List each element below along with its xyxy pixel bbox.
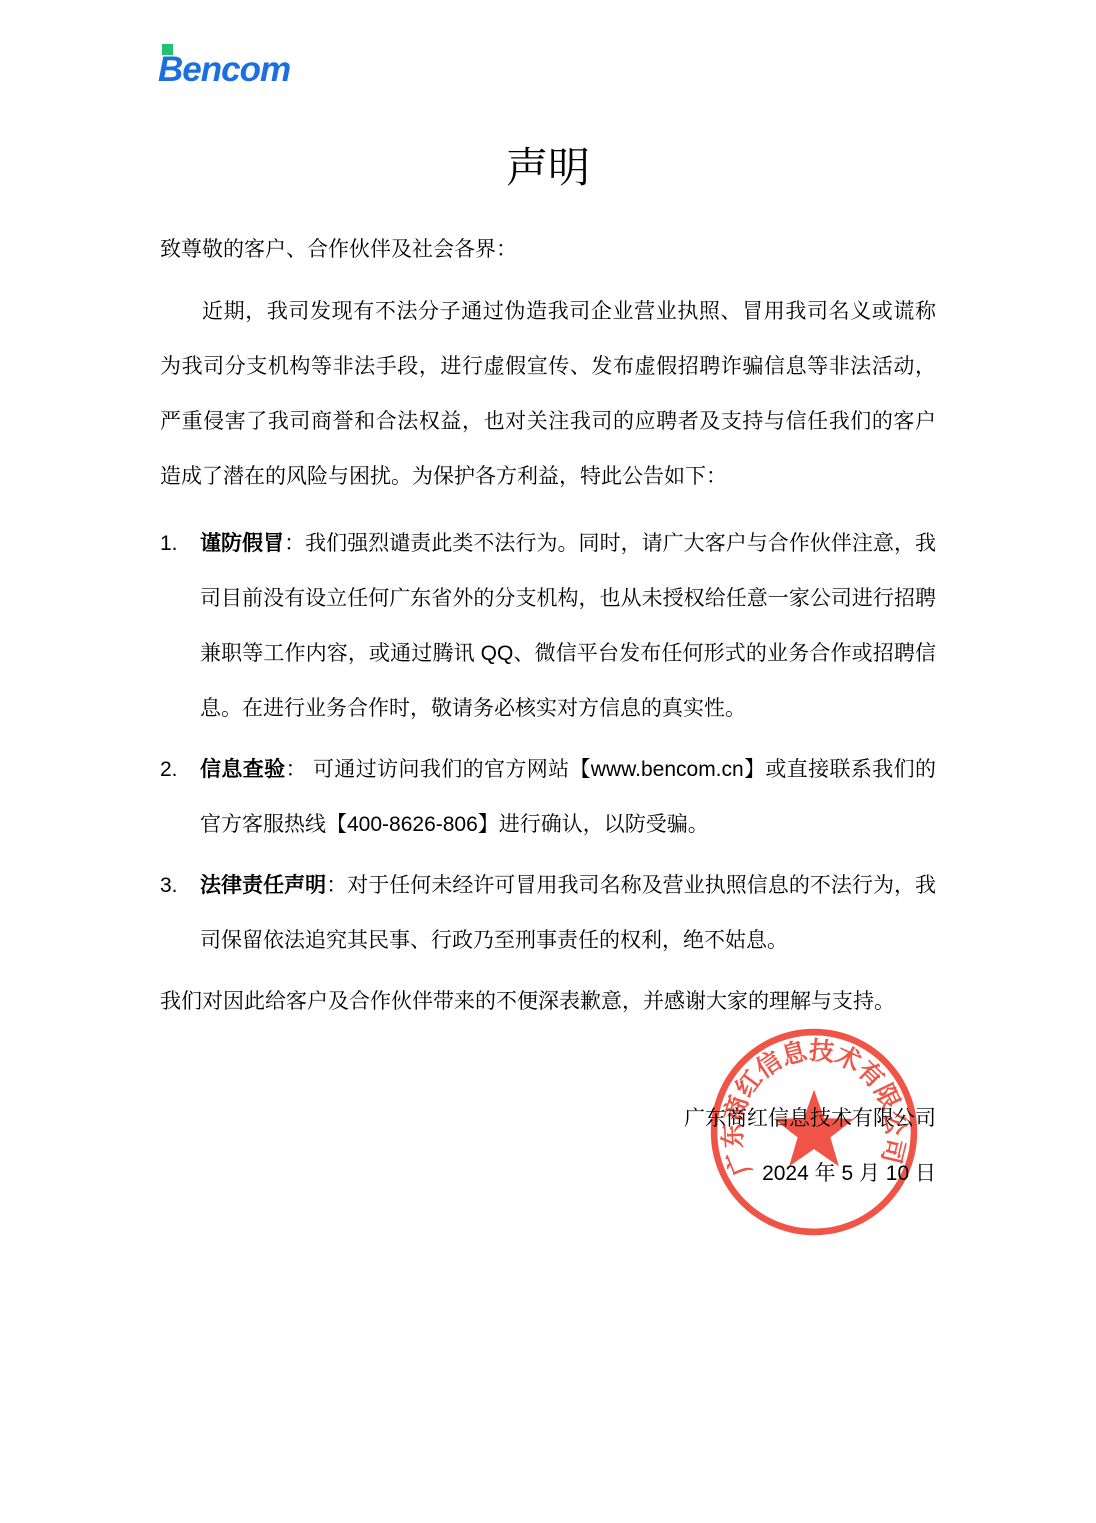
list-item: 2. 信息查验： 可通过访问我们的官方网站【www.bencom.cn】或直接联…: [160, 742, 936, 852]
list-item-body: 法律责任声明：对于任何未经许可冒用我司名称及营业执照信息的不法行为，我司保留依法…: [200, 858, 936, 968]
list-item-separator: ：: [284, 532, 305, 555]
closing-paragraph: 我们对因此给客户及合作伙伴带来的不便深表歉意，并感谢大家的理解与支持。: [160, 974, 936, 1029]
list-item-label: 法律责任声明: [200, 874, 326, 897]
list-item-body: 谨防假冒：我们强烈谴责此类不法行为。同时，请广大客户与合作伙伴注意，我司目前没有…: [200, 516, 936, 736]
intro-paragraph: 近期，我司发现有不法分子通过伪造我司企业营业执照、冒用我司名义或谎称为我司分支机…: [160, 284, 936, 504]
document-content: 声明 致尊敬的客户、合作伙伴及社会各界： 近期，我司发现有不法分子通过伪造我司企…: [160, 140, 936, 1201]
notice-list: 1. 谨防假冒：我们强烈谴责此类不法行为。同时，请广大客户与合作伙伴注意，我司目…: [160, 516, 936, 968]
signature-company: 广东商红信息技术有限公司: [160, 1091, 936, 1146]
greeting-line: 致尊敬的客户、合作伙伴及社会各界：: [160, 230, 936, 270]
signature-block: 广东商红信息技术有限公司 2024 年 5 月 10 日: [160, 1091, 936, 1201]
bencom-logo: Bencom: [158, 44, 290, 87]
document-page: Bencom 声明 致尊敬的客户、合作伙伴及社会各界： 近期，我司发现有不法分子…: [0, 0, 1096, 1523]
list-item: 3. 法律责任声明：对于任何未经许可冒用我司名称及营业执照信息的不法行为，我司保…: [160, 858, 936, 968]
logo-wordmark: Bencom: [158, 52, 290, 87]
list-item-separator: ：: [326, 874, 347, 897]
list-item-text: 我们强烈谴责此类不法行为。同时，请广大客户与合作伙伴注意，我司目前没有设立任何广…: [200, 532, 936, 720]
signature-date: 2024 年 5 月 10 日: [160, 1146, 936, 1201]
list-item-separator: ：: [285, 758, 313, 781]
list-item-number: 1.: [160, 516, 200, 736]
page-title: 声明: [160, 140, 936, 196]
list-item-label: 谨防假冒: [200, 532, 284, 555]
list-item: 1. 谨防假冒：我们强烈谴责此类不法行为。同时，请广大客户与合作伙伴注意，我司目…: [160, 516, 936, 736]
list-item-body: 信息查验： 可通过访问我们的官方网站【www.bencom.cn】或直接联系我们…: [200, 742, 936, 852]
list-item-number: 2.: [160, 742, 200, 852]
list-item-label: 信息查验: [200, 758, 285, 781]
list-item-number: 3.: [160, 858, 200, 968]
